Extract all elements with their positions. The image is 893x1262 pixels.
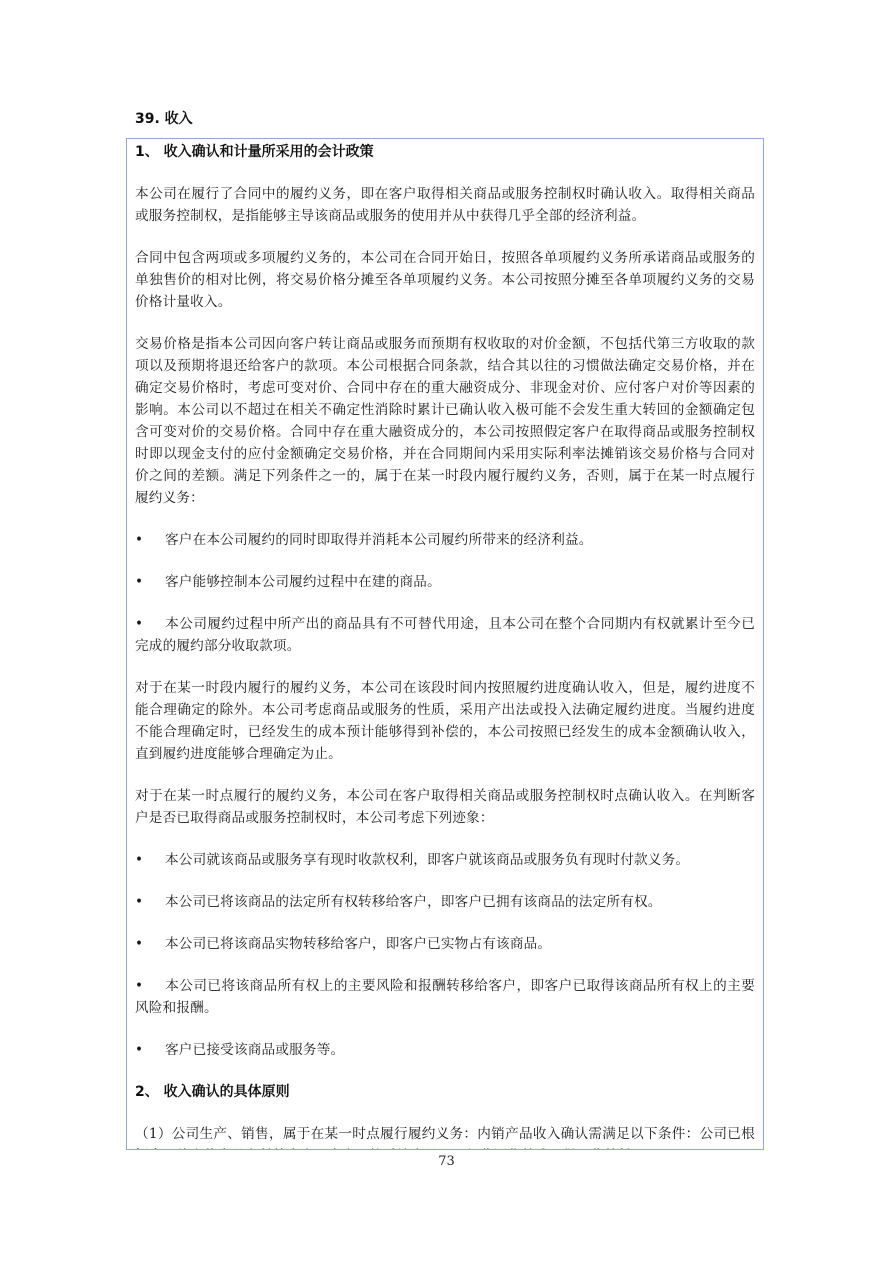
list-item-period-condition: •本公司履约过程中所产出的商品具有不可替代用途，且本公司在整个合同期内有权就累计… [135,613,755,657]
bullet-icon: • [135,1039,165,1061]
content-box: 1、 收入确认和计量所采用的会计政策 本公司在履行了合同中的履约义务，即在客户取… [126,138,764,1150]
list-item-point-indicator: •本公司已将该商品的法定所有权转移给客户，即客户已拥有该商品的法定所有权。 [135,891,755,913]
list-item-point-indicator: •本公司已将该商品所有权上的主要风险和报酬转移给客户，即客户已取得该商品所有权上… [135,975,755,1019]
bullet-icon: • [135,613,165,635]
paragraph-transaction-price: 交易价格是指本公司因向客户转让商品或服务而预期有权收取的对价金额，不包括代第三方… [135,333,755,509]
list-item-period-condition: •客户能够控制本公司履约过程中在建的商品。 [135,571,755,593]
list-item-point-indicator: •本公司就该商品或服务享有现时收款权利，即客户就该商品或服务负有现时付款义务。 [135,849,755,871]
bullet-icon: • [135,975,165,997]
page-number: 73 [0,1154,893,1169]
subsection-heading-accounting-policy: 1、 收入确认和计量所采用的会计政策 [135,141,755,163]
bullet-icon: • [135,891,165,913]
bullet-icon: • [135,849,165,871]
paragraph-control-transfer: 本公司在履行了合同中的履约义务，即在客户取得相关商品或服务控制权时确认收入。取得… [135,183,755,227]
list-item-point-indicator: •本公司已将该商品实物转移给客户，即客户已实物占有该商品。 [135,933,755,955]
paragraph-point-obligation: 对于在某一时点履行的履约义务，本公司在客户取得相关商品或服务控制权时点确认收入。… [135,785,755,829]
bullet-icon: • [135,529,165,551]
bullet-icon: • [135,933,165,955]
paragraph-multiple-obligations: 合同中包含两项或多项履约义务的，本公司在合同开始日，按照各单项履约义务所承诺商品… [135,247,755,313]
subsection-heading-specific-principles: 2、 收入确认的具体原则 [135,1081,755,1103]
list-item-period-condition: •客户在本公司履约的同时即取得并消耗本公司履约所带来的经济利益。 [135,529,755,551]
section-title: 39. 收入 [135,108,193,128]
list-item-point-indicator: •客户已接受该商品或服务等。 [135,1039,755,1061]
paragraph-domestic-sales: （1）公司生产、销售，属于在某一时点履行履约义务：内销产品收入确认需满足以下条件… [135,1123,755,1150]
paragraph-period-obligation: 对于在某一时段内履行的履约义务，本公司在该段时间内按照履约进度确认收入，但是，履… [135,677,755,765]
bullet-icon: • [135,571,165,593]
